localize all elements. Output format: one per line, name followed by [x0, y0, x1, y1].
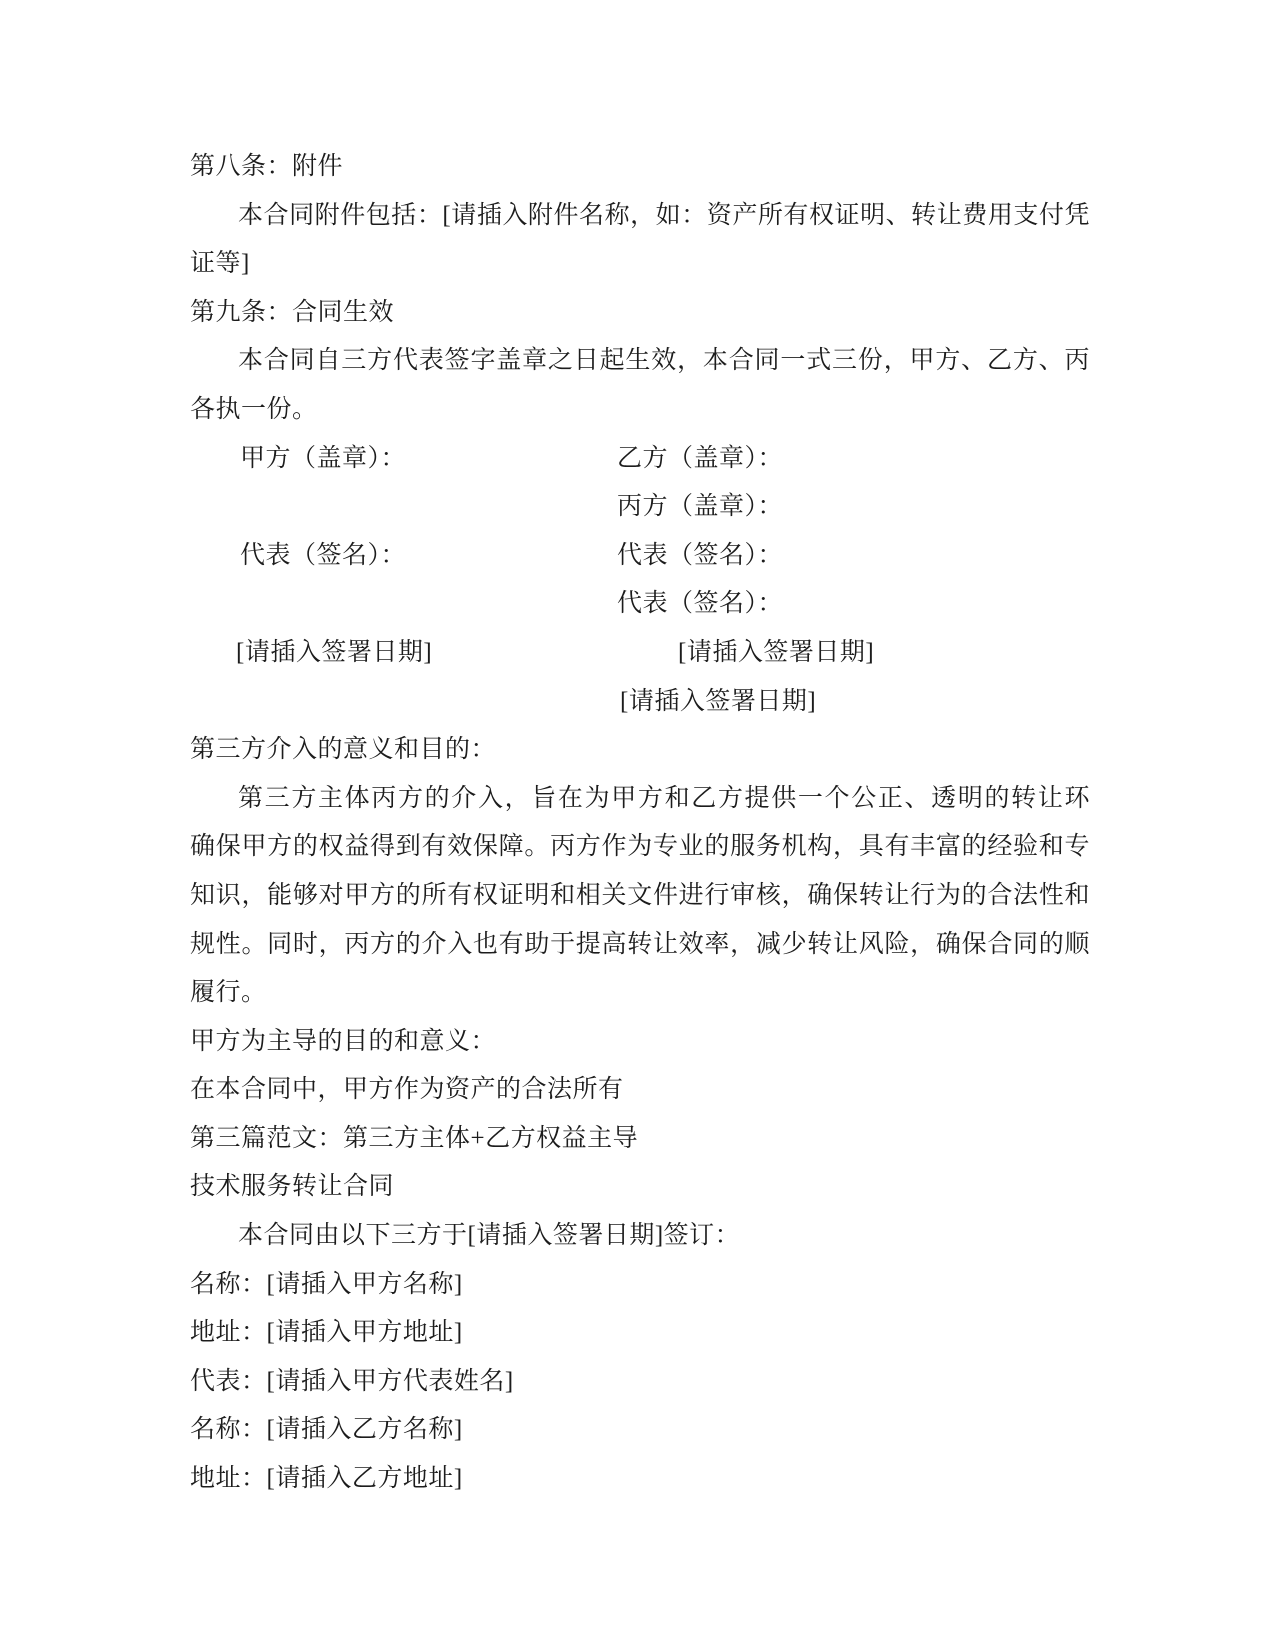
party-c-sign-date-placeholder: [请插入签署日期]: [620, 678, 816, 727]
signature-row: [请插入签署日期] [请插入签署日期]: [190, 629, 1090, 678]
signature-row: 甲方（盖章）： 乙方（盖章）：: [190, 435, 1090, 484]
paragraph-line: 在本合同中，甲方作为资产的合法所有: [190, 1066, 1090, 1115]
party-a-representative-signature-label: 代表（签名）：: [240, 532, 406, 581]
party-b-name-field-line: 名称：[请插入乙方名称]: [190, 1406, 1090, 1455]
party-b-representative-signature-label: 代表（签名）：: [617, 532, 783, 581]
paragraph-line: 履行。: [190, 969, 1090, 1018]
contract-title: 技术服务转让合同: [190, 1163, 1090, 1212]
signature-row: 丙方（盖章）：: [190, 483, 1090, 532]
section-heading-third-party-purpose: 第三方介入的意义和目的：: [190, 726, 1090, 775]
party-a-representative-field-line: 代表：[请插入甲方代表姓名]: [190, 1358, 1090, 1407]
clause-heading-article-8: 第八条：附件: [190, 143, 1090, 192]
paragraph-line: 规性。同时，丙方的介入也有助于提高转让效率，减少转让风险，确保合同的顺利: [190, 921, 1090, 970]
paragraph-line: 本合同由以下三方于[请插入签署日期]签订：: [190, 1212, 1090, 1261]
paragraph-line: 各执一份。: [190, 386, 1090, 435]
paragraph-line: 第三方主体丙方的介入，旨在为甲方和乙方提供一个公正、透明的转让环境，: [190, 775, 1090, 824]
party-b-seal-label: 乙方（盖章）：: [617, 435, 783, 484]
party-a-address-field-line: 地址：[请插入甲方地址]: [190, 1309, 1090, 1358]
party-a-seal-label: 甲方（盖章）：: [240, 435, 406, 484]
clause-heading-article-9: 第九条：合同生效: [190, 289, 1090, 338]
document-page: 第八条：附件 本合同附件包括：[请插入附件名称，如：资产所有权证明、转让费用支付…: [0, 0, 1275, 1650]
paragraph-line: 确保甲方的权益得到有效保障。丙方作为专业的服务机构，具有丰富的经验和专业: [190, 823, 1090, 872]
signature-row: 代表（签名）：: [190, 580, 1090, 629]
section-heading-party-a-purpose: 甲方为主导的目的和意义：: [190, 1018, 1090, 1067]
paragraph-line: 本合同自三方代表签字盖章之日起生效，本合同一式三份，甲方、乙方、丙方: [190, 337, 1090, 386]
party-a-name-field-line: 名称：[请插入甲方名称]: [190, 1261, 1090, 1310]
signature-row: 代表（签名）： 代表（签名）：: [190, 532, 1090, 581]
party-a-sign-date-placeholder: [请插入签署日期]: [236, 629, 432, 678]
party-c-seal-label: 丙方（盖章）：: [617, 483, 783, 532]
party-b-address-field-line: 地址：[请插入乙方地址]: [190, 1455, 1090, 1504]
party-b-sign-date-placeholder: [请插入签署日期]: [678, 629, 874, 678]
document-body: 第八条：附件 本合同附件包括：[请插入附件名称，如：资产所有权证明、转让费用支付…: [190, 143, 1090, 1504]
sample-3-heading: 第三篇范文：第三方主体+乙方权益主导: [190, 1115, 1090, 1164]
paragraph-line: 证等]: [190, 240, 1090, 289]
signature-row: [请插入签署日期]: [190, 678, 1090, 727]
paragraph-line: 本合同附件包括：[请插入附件名称，如：资产所有权证明、转让费用支付凭: [190, 192, 1090, 241]
party-c-representative-signature-label: 代表（签名）：: [617, 580, 783, 629]
paragraph-line: 知识，能够对甲方的所有权证明和相关文件进行审核，确保转让行为的合法性和合: [190, 872, 1090, 921]
